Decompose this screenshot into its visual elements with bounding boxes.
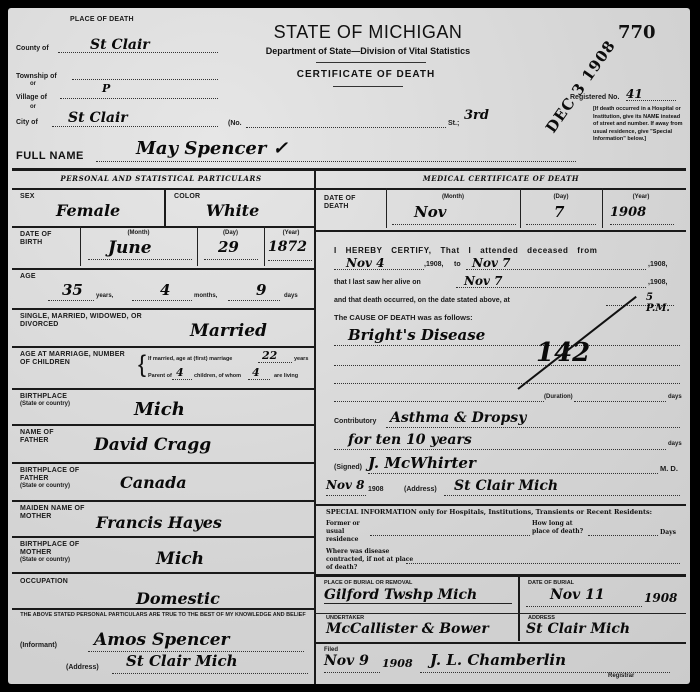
md-label: M. D. [660, 464, 678, 473]
attended-to-year: ,1908, [648, 261, 667, 268]
dod-day-label: (Day) [520, 194, 602, 201]
physician-address-row: Nov 8 1908 (Address) St Clair Mich [326, 478, 682, 498]
birthplace-value: Mich [134, 399, 185, 420]
informant-address-value: St Clair Mich [112, 652, 308, 674]
date-of-birth-field: DATE OF BIRTH (Month) June (Day) 29 (Yea… [16, 229, 306, 265]
date-of-death-field: DATE OF DEATH (Month) Nov (Day) 7 (Year)… [320, 191, 682, 227]
undertaker-field: UNDERTAKER McCallister & Bower [320, 615, 516, 641]
duration-row: (Duration) days [334, 392, 680, 404]
registered-value: 41 [626, 87, 676, 101]
full-name-field: FULL NAME May Spencer ✓ [16, 144, 586, 164]
signed-value: J. McWhirter [368, 454, 658, 474]
dob-year-label: (Year) [264, 230, 318, 237]
residence-row: Former or usual residence How long at pl… [326, 520, 682, 542]
certificate-number: 770 [618, 22, 656, 43]
burial-date-label: DATE OF BURIAL [528, 580, 574, 587]
dod-year-value: 1908 [610, 205, 674, 225]
sex-value: Female [56, 201, 120, 220]
marriage-label: AGE AT MARRIAGE, NUMBER OF CHILDREN [20, 351, 130, 367]
department-title: Department of State—Division of Vital St… [248, 46, 488, 56]
physician-signature-field: (Signed) J. McWhirter M. D. [334, 454, 680, 474]
informant-field: (Informant) Amos Spencer [16, 630, 308, 652]
divider-bottom [333, 86, 403, 87]
township-field: Township of [16, 70, 218, 82]
attestation-text: THE ABOVE STATED PERSONAL PARTICULARS AR… [18, 612, 308, 619]
color-field: COLOR White [168, 191, 308, 226]
color-value: White [206, 201, 259, 220]
city-field: City of St Clair [16, 112, 218, 128]
divider [12, 536, 314, 538]
age-days-value: 9 [228, 281, 280, 301]
sign-address-label: (Address) [404, 486, 437, 493]
city-value: St Clair [52, 110, 218, 127]
age-field: AGE 35 years, 4 months, 9 days [16, 271, 308, 305]
undertaker-address-field: ADDRESS St Clair Mich [522, 615, 682, 641]
contributory-value-2: for ten 10 years [334, 432, 666, 450]
age-years-value: 35 [48, 281, 94, 301]
informant-value: Amos Spencer [88, 630, 304, 652]
dob-day-label: (Day) [197, 230, 264, 237]
divider [12, 226, 314, 228]
county-value: St Clair [58, 37, 218, 53]
county-label: County of [16, 45, 49, 52]
attended-to-value: Nov 7 [466, 256, 646, 270]
contributory-field: Contributory Asthma & Dropsy [334, 410, 680, 428]
filed-year: 1908 [382, 657, 413, 670]
dob-label: DATE OF BIRTH [20, 231, 70, 247]
burial-date-field: DATE OF BURIAL Nov 11 1908 [522, 579, 682, 613]
filed-value: Nov 9 [324, 653, 380, 673]
marital-value: Married [190, 321, 267, 341]
birthplace-sub: (State or country) [20, 401, 70, 408]
father-name-field: NAME OF FATHER David Cragg [16, 427, 308, 461]
sex-field: SEX Female [16, 191, 164, 226]
color-label: COLOR [174, 193, 200, 201]
dob-year-value: 1872 [268, 239, 312, 261]
occupation-value: Domestic [136, 589, 220, 608]
cause-label: The CAUSE OF DEATH was as follows: [334, 313, 473, 322]
medical-section-title: MEDICAL CERTIFICATE OF DEATH [320, 174, 682, 183]
st-value: 3rd [464, 108, 489, 123]
no-label: (No. [228, 120, 242, 127]
duration-days-label: days [668, 394, 682, 401]
age-months-value: 4 [132, 281, 192, 301]
special-info-title: SPECIAL INFORMATION only for Hospitals, … [326, 508, 682, 516]
children-count: 4 [172, 366, 192, 380]
dod-month-value: Nov [392, 203, 516, 225]
contributory-days-label: days [668, 441, 682, 448]
divider [314, 642, 686, 644]
dod-day-value: 7 [526, 203, 596, 225]
mother-birthplace-sub: (State or country) [20, 557, 70, 564]
how-long-label: How long at place of death? [532, 520, 588, 536]
sign-year: 1908 [368, 486, 384, 493]
sign-date-value: Nov 8 [326, 478, 366, 496]
street-number-value [246, 118, 446, 128]
mother-label: MAIDEN NAME OF MOTHER [20, 505, 90, 521]
birthplace-label: BIRTHPLACE [20, 393, 67, 401]
father-birthplace-sub: (State or country) [20, 483, 70, 490]
divider [12, 388, 314, 390]
marriage-age-text: If married, age at (first) marriage [148, 356, 232, 363]
dob-month-label: (Month) [80, 230, 197, 237]
divider [314, 613, 686, 614]
marriage-age-row: If married, age at (first) marriage 22 y… [148, 354, 310, 366]
divider [314, 230, 686, 232]
age-label: AGE [20, 273, 36, 281]
last-saw-year: ,1908, [648, 279, 667, 286]
dob-month-value: June [88, 238, 192, 260]
marriage-age-unit: years [294, 356, 308, 363]
city-label: City of [16, 119, 38, 126]
mother-birthplace-label: BIRTHPLACE OF MOTHER [20, 541, 90, 557]
duration-value [334, 392, 544, 402]
occupation-label: OCCUPATION [20, 578, 68, 586]
duration-days-value [574, 392, 666, 402]
last-saw-row: that I last saw her alive on Nov 7 ,1908… [334, 276, 682, 290]
days-unit: Days [660, 529, 676, 536]
age-years-label: years, [96, 293, 113, 300]
marriage-age-value: 22 [258, 349, 292, 363]
divider [12, 462, 314, 464]
full-name-label: FULL NAME [16, 150, 84, 162]
birthplace-field: BIRTHPLACE (State or country) Mich [16, 391, 308, 424]
to-label: to [454, 261, 461, 268]
registered-label: Registered No. [570, 94, 619, 101]
occupation-field: OCCUPATION Domestic [16, 575, 308, 608]
father-value: David Cragg [94, 435, 211, 455]
st-label: St.; [448, 120, 459, 127]
informant-label: (Informant) [20, 642, 57, 649]
last-saw-text: that I last saw her alive on [334, 279, 421, 286]
mother-name-field: MAIDEN NAME OF MOTHER Francis Hayes [16, 503, 308, 537]
divider [314, 504, 686, 506]
last-saw-value: Nov 7 [456, 274, 646, 288]
divider [12, 346, 314, 348]
divider [12, 572, 314, 574]
burial-place-label: PLACE OF BURIAL OR REMOVAL [324, 580, 412, 587]
marital-label: SINGLE, MARRIED, WIDOWED, OR DIVORCED [20, 313, 170, 329]
certificate-title: CERTIFICATE OF DEATH [266, 69, 466, 80]
column-divider [314, 168, 316, 684]
contracted-row: Where was disease contracted, if not at … [326, 548, 682, 568]
burial-place-value: Gilford Twshp Mich [324, 587, 512, 604]
or-text-2: or [30, 104, 36, 110]
divider [12, 268, 314, 270]
divider [12, 188, 314, 190]
certify-text: I HEREBY CERTIFY, That I attended deceas… [334, 246, 682, 255]
dob-day-value: 29 [204, 238, 258, 260]
village-field: Village of P [16, 88, 218, 102]
filed-field: Filed Nov 9 1908 J. L. Chamberlin Regist… [320, 645, 682, 681]
divider [12, 500, 314, 502]
personal-section-title: PERSONAL AND STATISTICAL PARTICULARS [16, 174, 306, 183]
divider [518, 577, 520, 641]
divider [12, 308, 314, 310]
father-birthplace-value: Canada [120, 473, 187, 492]
attended-from-year: ,1908, [424, 261, 443, 268]
undertaker-address-value: St Clair Mich [526, 621, 630, 637]
divider [164, 188, 166, 226]
informant-address-label: (Address) [66, 664, 99, 671]
death-time-value: 5 P.M. [606, 292, 674, 306]
county-field: County of St Clair [16, 39, 218, 55]
contributory-field-2: for ten 10 years days [334, 432, 680, 450]
informant-address-field: (Address) St Clair Mich [16, 656, 308, 678]
children-row: Parent of 4 children, of whom 4 are livi… [148, 371, 310, 383]
sign-address-value: St Clair Mich [444, 478, 680, 496]
divider [314, 574, 686, 577]
father-birthplace-label: BIRTHPLACE OF FATHER [20, 467, 90, 483]
contributory-label: Contributory [334, 418, 376, 425]
occurred-text: and that death occurred, on the date sta… [334, 297, 510, 304]
township-label: Township of [16, 73, 57, 80]
burial-date-year: 1908 [644, 591, 677, 605]
former-residence-value [370, 526, 530, 536]
village-label: Village of [16, 94, 47, 101]
registrar-label: Registrar [608, 673, 634, 680]
contracted-label: Where was disease contracted, if not at … [326, 548, 416, 572]
parent-of-text: Parent of [148, 373, 172, 380]
marriage-children-field: AGE AT MARRIAGE, NUMBER OF CHILDREN { If… [16, 349, 308, 387]
burial-date-value: Nov 11 [526, 587, 642, 607]
living-text: are living [274, 373, 298, 380]
mother-value: Francis Hayes [96, 513, 222, 532]
township-value [72, 70, 218, 80]
attended-from-value: Nov 4 [334, 256, 424, 270]
registrar-signature: J. L. Chamberlin [420, 651, 670, 673]
duration-label: (Duration) [544, 394, 573, 401]
cause-line-3 [334, 374, 680, 384]
contracted-value [406, 554, 680, 564]
divider [12, 608, 314, 610]
how-long-value [588, 526, 658, 536]
dod-label: DATE OF DEATH [324, 195, 374, 211]
former-residence-label: Former or usual residence [326, 520, 371, 544]
or-text-1: or [30, 81, 36, 87]
father-birthplace-field: BIRTHPLACE OF FATHER (State or country) … [16, 465, 308, 499]
dod-month-label: (Month) [386, 194, 520, 201]
mother-birthplace-field: BIRTHPLACE OF MOTHER (State or country) … [16, 539, 308, 573]
mother-birthplace-value: Mich [156, 549, 204, 569]
cause-value: Bright's Disease [334, 326, 680, 346]
registered-number-field: Registered No. 41 [570, 91, 680, 103]
sex-label: SEX [20, 193, 35, 201]
undertaker-value: McCallister & Bower [326, 621, 489, 637]
divider-full-name [12, 168, 686, 171]
village-value: P [60, 82, 218, 99]
age-months-label: months, [194, 293, 217, 300]
attended-dates-row: Nov 4 ,1908, to Nov 7 ,1908, [334, 258, 682, 272]
signed-label: (Signed) [334, 464, 362, 471]
brace-icon: { [138, 351, 146, 379]
death-certificate: PLACE OF DEATH County of St Clair Townsh… [8, 8, 690, 684]
living-count: 4 [248, 366, 270, 380]
burial-place-field: PLACE OF BURIAL OR REMOVAL Gilford Twshp… [320, 579, 510, 613]
children-text: children, of whom [194, 373, 241, 380]
dod-year-label: (Year) [602, 194, 680, 201]
street-number-field: (No. St.; 3rd [228, 118, 528, 130]
divider [12, 424, 314, 426]
marital-status-field: SINGLE, MARRIED, WIDOWED, OR DIVORCED Ma… [16, 311, 308, 345]
full-name-value: May Spencer ✓ [96, 138, 576, 162]
place-of-death-heading: PLACE OF DEATH [70, 16, 134, 24]
hospital-note: [If death occurred in a Hospital or Inst… [593, 106, 683, 144]
divider-top [316, 62, 426, 63]
contributory-value: Asthma & Dropsy [386, 410, 680, 428]
cause-line-2 [334, 356, 680, 366]
state-title: STATE OF MICHIGAN [253, 22, 483, 43]
divider [314, 188, 686, 190]
age-days-label: days [284, 293, 298, 300]
father-label: NAME OF FATHER [20, 429, 80, 445]
